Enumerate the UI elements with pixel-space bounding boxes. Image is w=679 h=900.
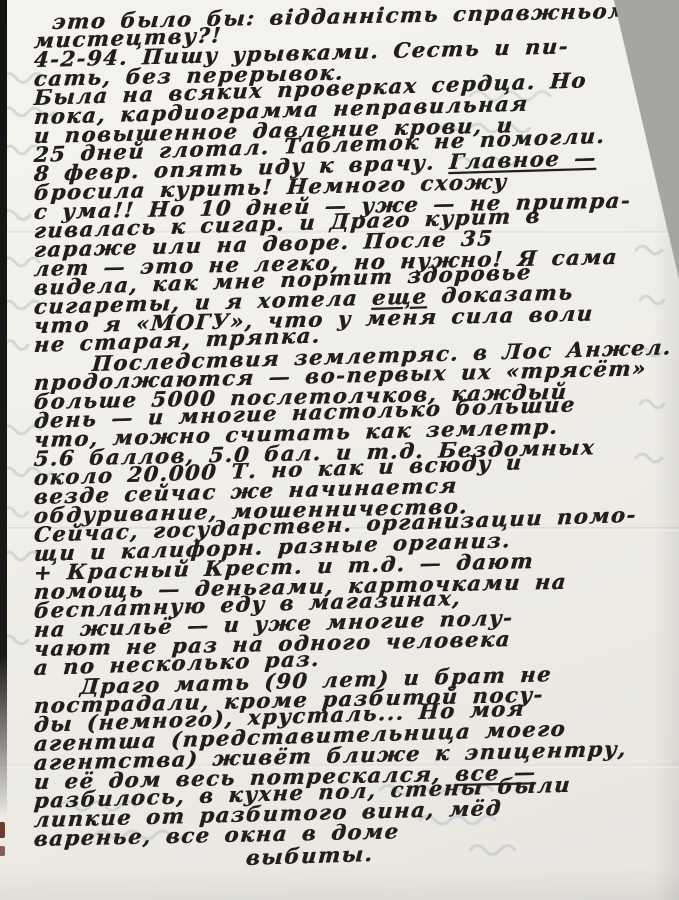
scanner-edge-strip [0,0,7,818]
paper-edge-shading [0,866,679,900]
scanned-letter-page: это было бы: відданність справжньомумист… [0,0,679,900]
paper-sheet: это было бы: відданність справжньомумист… [0,0,679,900]
scan-edge-artifact [0,846,5,856]
letter-body: это было бы: відданність справжньомумист… [34,9,665,864]
scan-edge-artifact [0,822,5,838]
